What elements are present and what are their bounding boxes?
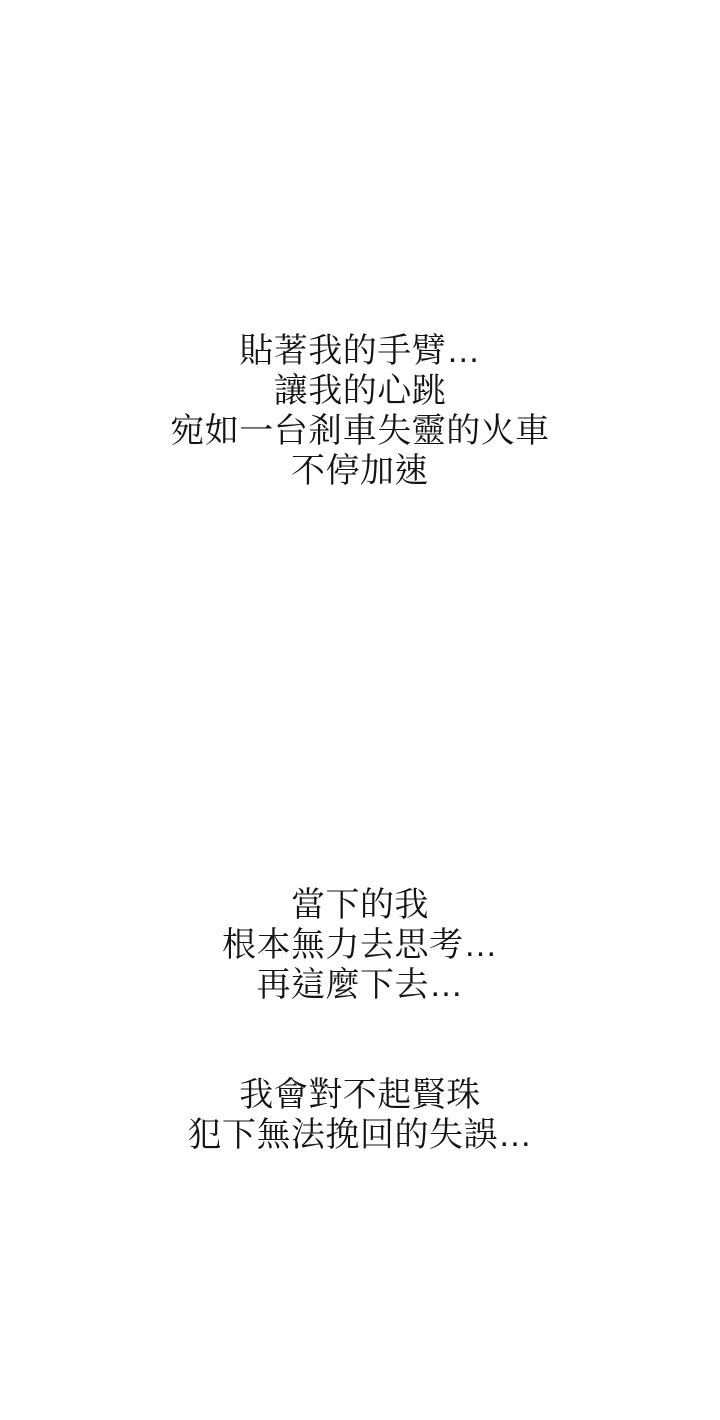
narration-line: 再這麼下去… [0,965,720,1005]
narration-line: 讓我的心跳 [0,371,720,411]
narration-line: 當下的我 [0,885,720,925]
narration-line: 根本無力去思考… [0,925,720,965]
narration-line: 宛如一台剎車失靈的火車 [0,411,720,451]
narration-block-regret: 我會對不起賢珠 犯下無法挽回的失誤… [0,1075,720,1155]
narration-block-heartbeat: 貼著我的手臂… 讓我的心跳 宛如一台剎車失靈的火車 不停加速 [0,331,720,491]
narration-line: 貼著我的手臂… [0,331,720,371]
narration-block-thoughts: 當下的我 根本無力去思考… 再這麼下去… [0,885,720,1005]
narration-line: 犯下無法挽回的失誤… [0,1115,720,1155]
narration-line: 我會對不起賢珠 [0,1075,720,1115]
narration-line: 不停加速 [0,451,720,491]
comic-page: 貼著我的手臂… 讓我的心跳 宛如一台剎車失靈的火車 不停加速 當下的我 根本無力… [0,0,720,1420]
